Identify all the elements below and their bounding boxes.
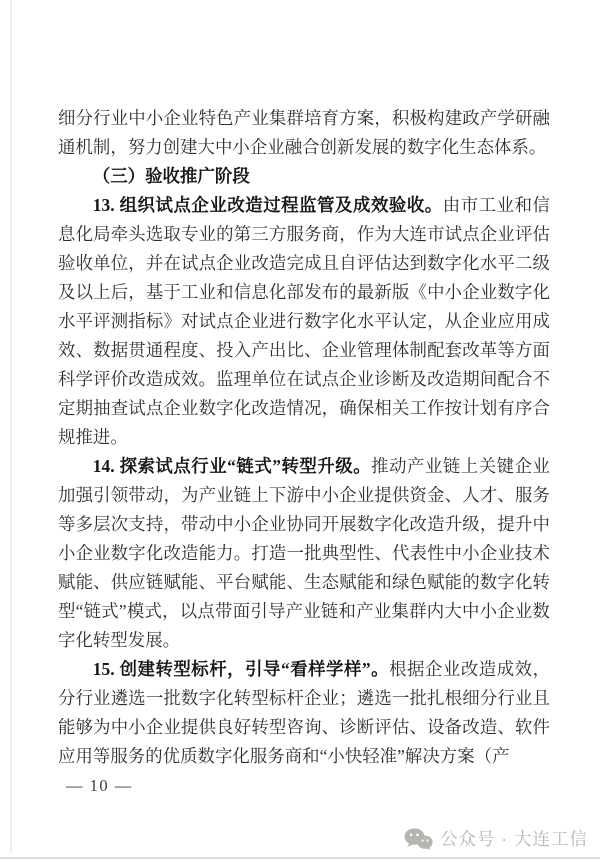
- paragraph-lead: 13. 组织试点企业改造过程监管及成效验收。: [93, 195, 443, 215]
- section-heading: （三）验收推广阶段: [58, 162, 550, 191]
- paragraph-continuation: 细分行业中小企业特色产业集群培育方案，积极构建政产学研融通机制，努力创建大中小企…: [58, 104, 550, 162]
- watermark-text: 公众号 · 大连工信: [440, 826, 588, 851]
- paragraph-text: 细分行业中小企业特色产业集群培育方案，积极构建政产学研融通机制，努力创建大中小企…: [58, 108, 550, 157]
- paragraph-item-13: 13. 组织试点企业改造过程监管及成效验收。由市工业和信息化局牵头选取专业的第三…: [58, 191, 550, 452]
- wechat-icon: [404, 828, 433, 850]
- paragraph-lead: 14. 探索试点行业“链式”转型升级。: [93, 456, 371, 476]
- page-edge-line: [10, 0, 12, 854]
- section-heading-text: （三）验收推广阶段: [93, 166, 250, 186]
- bottom-divider: [0, 857, 600, 859]
- page-number: — 10 —: [58, 771, 550, 800]
- watermark: 公众号 · 大连工信: [404, 826, 588, 851]
- document-content: 细分行业中小企业特色产业集群培育方案，积极构建政产学研融通机制，努力创建大中小企…: [58, 104, 550, 800]
- document-page: 细分行业中小企业特色产业集群培育方案，积极构建政产学研融通机制，努力创建大中小企…: [0, 0, 600, 862]
- paragraph-text: 由市工业和信息化局牵头选取专业的第三方服务商，作为大连市试点企业评估验收单位，并…: [58, 195, 550, 447]
- paragraph-item-15: 15. 创建转型标杆，引导“看样学样”。根据企业改造成效，分行业遴选一批数字化转…: [58, 655, 550, 771]
- paragraph-text: 推动产业链上关键企业加强引领带动，为产业链上下游中小企业提供资金、人才、服务等多…: [58, 456, 550, 650]
- paragraph-item-14: 14. 探索试点行业“链式”转型升级。推动产业链上关键企业加强引领带动，为产业链…: [58, 452, 550, 655]
- paragraph-lead: 15. 创建转型标杆，引导“看样学样”。: [93, 659, 389, 679]
